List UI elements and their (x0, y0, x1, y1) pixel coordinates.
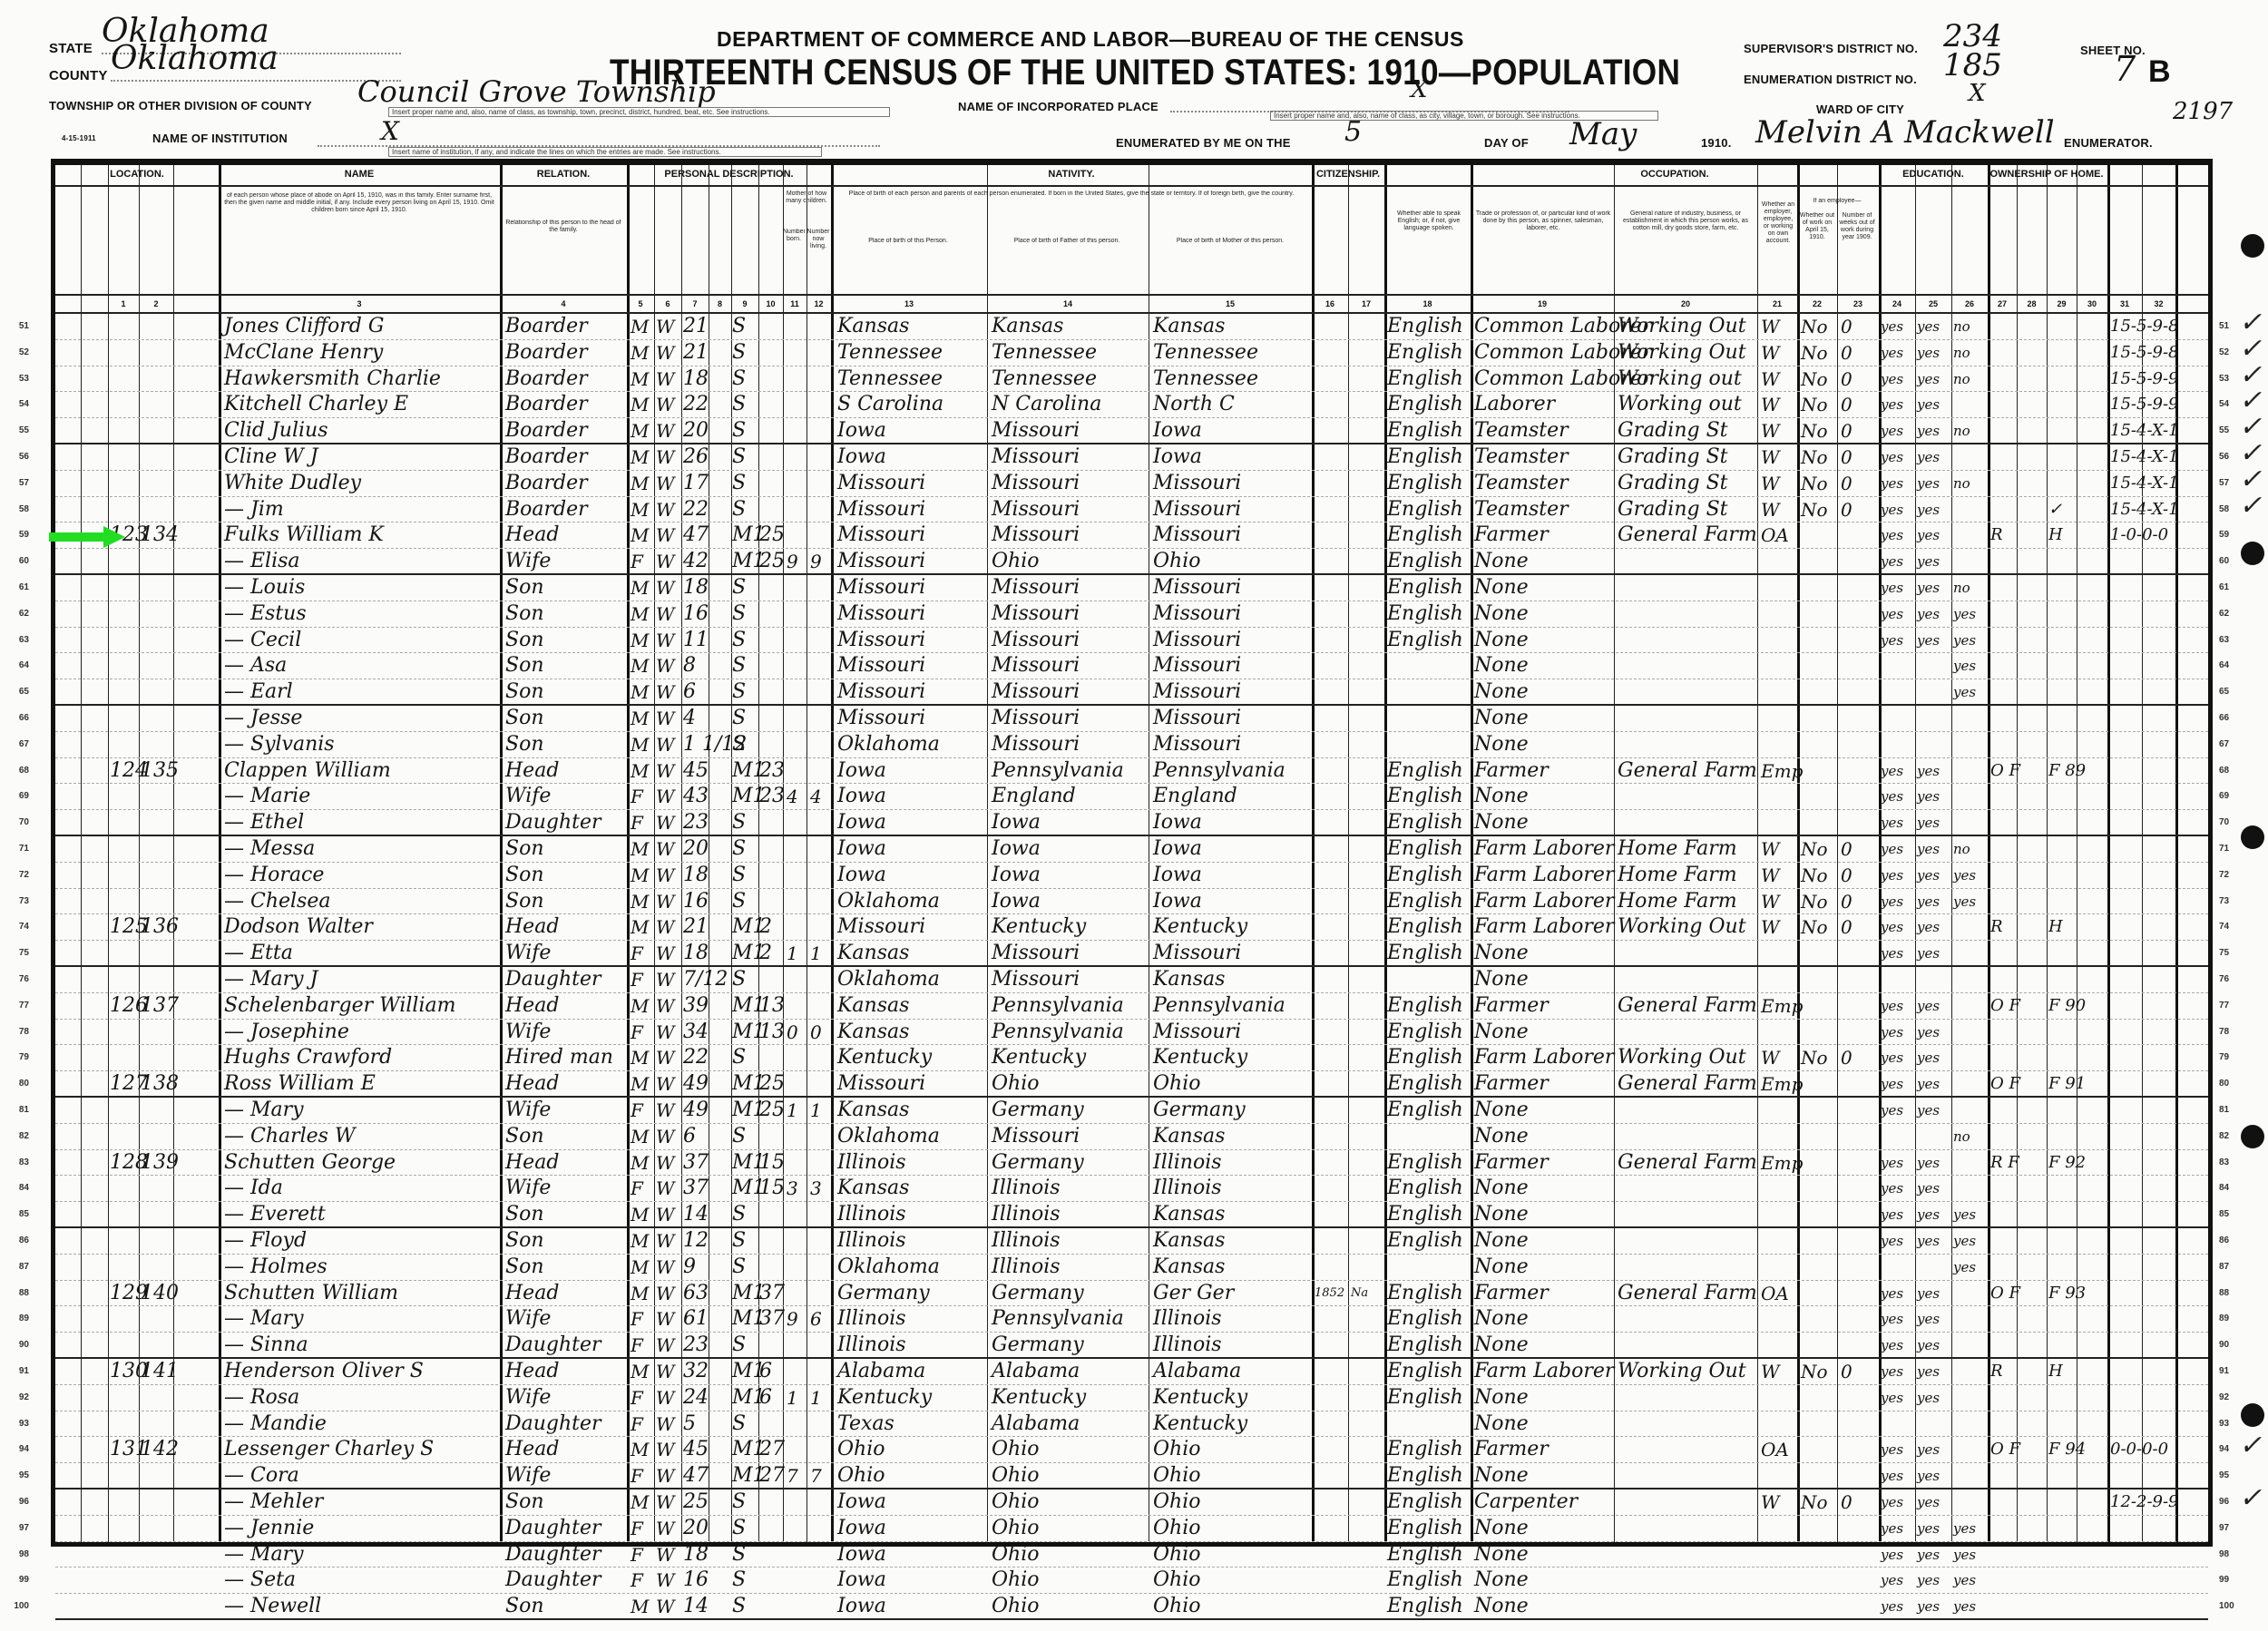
attended-school (1953, 1150, 1988, 1177)
occupation-code (2110, 1281, 2219, 1307)
column-number: 18 (1384, 299, 1471, 308)
age: 47 (683, 1463, 730, 1489)
can-write: yes (1917, 758, 1951, 785)
person-name: — Rosa (224, 1385, 501, 1411)
can-read: yes (1881, 993, 1915, 1020)
dwelling-number (110, 1202, 141, 1228)
language-spoken: English (1387, 601, 1471, 628)
industry (1618, 575, 1758, 601)
attended-school (1953, 1098, 1988, 1124)
age: 45 (683, 758, 730, 785)
line-number: 75 (4, 948, 29, 958)
out-of-work (1801, 758, 1837, 785)
industry: Grading St (1618, 418, 1758, 444)
naturalization (1351, 941, 1383, 967)
census-row-line-57: White DudleyBoarderMW17SMissouriMissouri… (55, 471, 2208, 497)
marital-status: S (732, 1516, 759, 1542)
home-owned-rented (1990, 1020, 2045, 1046)
dwelling-number (110, 1124, 141, 1150)
immigration-year (1315, 392, 1351, 418)
out-of-work (1801, 784, 1837, 810)
age: 32 (683, 1359, 730, 1385)
attended-school (1953, 1463, 1988, 1489)
weeks-out-of-work (1841, 1333, 1877, 1359)
relation: Wife (505, 941, 628, 967)
birthplace-person: Iowa (837, 784, 987, 810)
home-owned-rented: O F (1990, 1437, 2045, 1463)
occupation-code (2110, 1463, 2219, 1489)
industry (1618, 1228, 1758, 1255)
occupation-code (2110, 758, 2219, 785)
occupation-code (2110, 914, 2219, 941)
line-number: 77 (2219, 1001, 2244, 1011)
birthplace-father-header: Place of birth of Father of this person. (990, 238, 1144, 245)
relation: Son (505, 836, 628, 863)
children-living (810, 314, 830, 340)
children-born (787, 863, 807, 889)
naturalization (1351, 444, 1383, 471)
dwelling-number (110, 1594, 141, 1620)
language-spoken: English (1387, 836, 1471, 863)
employer-class (1761, 1411, 1797, 1438)
ward-label: Ward of city (1816, 103, 1904, 116)
line-number: 65 (2219, 687, 2244, 697)
column-number: 2 (139, 299, 173, 308)
naturalization (1351, 1359, 1383, 1385)
relation: Head (505, 523, 628, 549)
can-write: yes (1917, 993, 1951, 1020)
birthplace-person: Missouri (837, 497, 987, 523)
trade: None (1474, 810, 1615, 836)
years-married (759, 1516, 784, 1542)
farm-or-house (2048, 575, 2107, 601)
person-name: — Jesse (224, 706, 501, 732)
census-row-line-65: — EarlSonMW6SMissouriMissouriMissouriNon… (55, 679, 2208, 706)
person-name: Cline W J (224, 444, 501, 471)
sex: M (631, 1359, 656, 1385)
farm-or-house (2048, 1594, 2107, 1620)
line-number: 51 (4, 321, 29, 331)
census-row-line-90: — SinnaDaughterFW23SIllinoisGermanyIllin… (55, 1333, 2208, 1359)
line-number: 88 (2219, 1288, 2244, 1298)
marital-status: M1 (732, 1306, 759, 1333)
can-write (1917, 967, 1951, 993)
weeks-out-of-work (1841, 523, 1877, 549)
children-born (787, 1333, 807, 1359)
naturalization (1351, 1255, 1383, 1281)
immigration-year (1315, 1020, 1351, 1046)
can-write: yes (1917, 1385, 1951, 1411)
marital-status: S (732, 1255, 759, 1281)
birthplace-father: Pennsylvania (992, 1020, 1148, 1046)
children-born: 7 (787, 1463, 807, 1489)
can-write (1917, 706, 1951, 732)
can-read (1881, 732, 1915, 758)
line-number: 56 (4, 452, 29, 462)
attended-school: no (1953, 418, 1988, 444)
sex: M (631, 497, 656, 523)
language-spoken: English (1387, 314, 1471, 340)
attended-school: yes (1953, 628, 1988, 654)
birthplace-mother: Ohio (1153, 1071, 1312, 1098)
relation: Boarder (505, 392, 628, 418)
age: 14 (683, 1202, 730, 1228)
weeks-out-of-work (1841, 1411, 1877, 1438)
out-of-work (1801, 1020, 1837, 1046)
sheet-side: B (2148, 54, 2171, 90)
sheet-number: 7 (2114, 49, 2136, 89)
birthplace-person: Missouri (837, 471, 987, 497)
birthplace-person: Missouri (837, 601, 987, 628)
occupation-code (2110, 1045, 2219, 1071)
can-write: yes (1917, 1359, 1951, 1385)
can-read: yes (1881, 1071, 1915, 1098)
farm-or-house (2048, 1228, 2107, 1255)
sex: M (631, 1594, 656, 1620)
birthplace-person: Kansas (837, 1020, 987, 1046)
dwelling-number (110, 1255, 141, 1281)
race: W (656, 863, 681, 889)
relation: Son (505, 732, 628, 758)
marital-status: S (732, 575, 759, 601)
out-of-work: No (1801, 1045, 1837, 1071)
dwelling-number (110, 1411, 141, 1438)
attended-school (1953, 706, 1988, 732)
column-number: 15 (1149, 299, 1312, 308)
out-of-work: No (1801, 889, 1837, 915)
occupation-code (2110, 679, 2219, 706)
column-number: 32 (2142, 299, 2175, 308)
farm-or-house (2048, 1411, 2107, 1438)
race: W (656, 836, 681, 863)
naturalization (1351, 967, 1383, 993)
language-spoken: English (1387, 523, 1471, 549)
dwelling-number: 126 (110, 993, 141, 1020)
naturalization (1351, 1411, 1383, 1438)
industry: Grading St (1618, 497, 1758, 523)
immigration-year (1315, 1333, 1351, 1359)
age: 1 1/12 (683, 732, 730, 758)
naturalization (1351, 1150, 1383, 1177)
birthplace-mother: Missouri (1153, 1020, 1312, 1046)
birthplace-mother: Ohio (1153, 1463, 1312, 1489)
can-read: yes (1881, 575, 1915, 601)
marital-status: S (732, 1411, 759, 1438)
line-number: 91 (4, 1366, 29, 1376)
weeks-out-of-work (1841, 1124, 1877, 1150)
enumeration-district-value: 185 (1943, 47, 2002, 83)
supervisor-district-label: Supervisor's District No. (1744, 42, 1918, 55)
census-row-line-59: 123134Fulks William KHeadMW47M125Missour… (55, 523, 2208, 549)
dwelling-number (110, 628, 141, 654)
children-living (810, 497, 830, 523)
language-spoken (1387, 1411, 1471, 1438)
farm-or-house (2048, 340, 2107, 366)
home-owned-rented (1990, 1463, 2045, 1489)
birthplace-father: Missouri (992, 497, 1148, 523)
family-number (141, 889, 175, 915)
weeks-out-of-work (1841, 1098, 1877, 1124)
occupation-code (2110, 1071, 2219, 1098)
person-name: — Jim (224, 497, 501, 523)
home-owned-rented (1990, 1045, 2045, 1071)
out-of-work (1801, 993, 1837, 1020)
years-married (759, 889, 784, 915)
birthplace-mother: Ohio (1153, 1489, 1312, 1516)
birthplace-father: Ohio (992, 1463, 1148, 1489)
language-spoken (1387, 706, 1471, 732)
relation: Son (505, 601, 628, 628)
children-living (810, 732, 830, 758)
birthplace-father: N Carolina (992, 392, 1148, 418)
immigration-year (1315, 1594, 1351, 1620)
attended-school (1953, 732, 1988, 758)
children-born (787, 418, 807, 444)
relation: Wife (505, 784, 628, 810)
line-number: 72 (2219, 870, 2244, 880)
children-born (787, 1594, 807, 1620)
marital-status: S (732, 314, 759, 340)
attended-school (1953, 1020, 1988, 1046)
column-number: 1 (108, 299, 139, 308)
census-row-line-88: 129140Schutten WilliamHeadMW63M137German… (55, 1281, 2208, 1307)
home-owned-rented (1990, 1202, 2045, 1228)
can-read: yes (1881, 366, 1915, 393)
trade-header: Trade or profession of, or particular ki… (1475, 210, 1611, 232)
race: W (656, 1020, 681, 1046)
immigration-year (1315, 1359, 1351, 1385)
line-number: 86 (4, 1235, 29, 1245)
years-married: 25 (759, 523, 784, 549)
attended-school: no (1953, 575, 1988, 601)
age: 7/12 (683, 967, 730, 993)
age: 45 (683, 1437, 730, 1463)
dwelling-number (110, 784, 141, 810)
weeks-out-of-work (1841, 941, 1877, 967)
language-spoken: English (1387, 392, 1471, 418)
birthplace-mother: Illinois (1153, 1333, 1312, 1359)
naturalization (1351, 810, 1383, 836)
weeks-out-of-work: 0 (1841, 471, 1877, 497)
farm-or-house (2048, 392, 2107, 418)
attended-school: yes (1953, 863, 1988, 889)
race: W (656, 1124, 681, 1150)
weeks-out-of-work: 0 (1841, 863, 1877, 889)
attended-school (1953, 1359, 1988, 1385)
children-living (810, 1255, 830, 1281)
years-married (759, 653, 784, 679)
birthplace-person: Illinois (837, 1150, 987, 1177)
relation: Son (505, 1255, 628, 1281)
family-number (141, 967, 175, 993)
naturalization (1351, 1542, 1383, 1568)
years-married (759, 497, 784, 523)
dwelling-number (110, 418, 141, 444)
dwelling-number (110, 471, 141, 497)
birthplace-person: Illinois (837, 1202, 987, 1228)
occupation-code (2110, 628, 2219, 654)
race: W (656, 1306, 681, 1333)
person-name: — Mary J (224, 967, 501, 993)
language-header: Whether able to speak English; or, if no… (1389, 210, 1469, 232)
home-owned-rented (1990, 1098, 2045, 1124)
birthplace-father: Missouri (992, 653, 1148, 679)
employer-class (1761, 732, 1797, 758)
can-write: yes (1917, 1463, 1951, 1489)
incorporated-place-label: Name of incorporated place (958, 100, 1158, 113)
can-write: yes (1917, 1489, 1951, 1516)
occupation-code (2110, 1359, 2219, 1385)
line-number: 71 (2219, 844, 2244, 854)
trade: None (1474, 601, 1615, 628)
occupation-code (2110, 810, 2219, 836)
occupation-code: 12-2-9-9 (2110, 1489, 2219, 1516)
line-number: 69 (4, 791, 29, 801)
can-write: yes (1917, 1045, 1951, 1071)
marital-status: S (732, 1045, 759, 1071)
line-number: 67 (2219, 739, 2244, 749)
language-spoken: English (1387, 914, 1471, 941)
language-spoken (1387, 732, 1471, 758)
attended-school (1953, 1385, 1988, 1411)
attended-school (1953, 497, 1988, 523)
out-of-work: No (1801, 836, 1837, 863)
relation: Son (505, 679, 628, 706)
home-owned-rented (1990, 889, 2045, 915)
trade: None (1474, 1411, 1615, 1438)
trade: None (1474, 1202, 1615, 1228)
attended-school (1953, 993, 1988, 1020)
years-married: 2 (759, 941, 784, 967)
occupation-code: 0-0-0-0 (2110, 1437, 2219, 1463)
naturalization (1351, 392, 1383, 418)
punch-hole-icon (2241, 542, 2264, 565)
birthplace-person: Tennessee (837, 366, 987, 393)
years-married (759, 836, 784, 863)
relation: Head (505, 1437, 628, 1463)
can-read (1881, 1411, 1915, 1438)
weeks-out-of-work (1841, 993, 1877, 1020)
group-nativity: Nativity. (831, 169, 1312, 180)
weeks-out-of-work (1841, 628, 1877, 654)
employer-class: W (1761, 836, 1797, 863)
weeks-out-of-work (1841, 810, 1877, 836)
out-of-work: No (1801, 314, 1837, 340)
immigration-year (1315, 1516, 1351, 1542)
line-number: 92 (2219, 1392, 2244, 1402)
immigration-year (1315, 679, 1351, 706)
sex: F (631, 1463, 656, 1489)
industry (1618, 1176, 1758, 1202)
trade: None (1474, 1020, 1615, 1046)
industry (1618, 679, 1758, 706)
column-number: 11 (783, 299, 807, 308)
birthplace-father: Iowa (992, 863, 1148, 889)
family-number (141, 653, 175, 679)
can-write: yes (1917, 1306, 1951, 1333)
enumerated-month: May (1569, 116, 1637, 152)
age: 23 (683, 1333, 730, 1359)
family-number (141, 1411, 175, 1438)
weeks-out-of-work (1841, 1306, 1877, 1333)
relation: Son (505, 1124, 628, 1150)
birthplace-father: Illinois (992, 1176, 1148, 1202)
children-living: 9 (810, 549, 830, 575)
race: W (656, 1594, 681, 1620)
can-write (1917, 1411, 1951, 1438)
children-born (787, 601, 807, 628)
children-living (810, 1045, 830, 1071)
marital-status: S (732, 418, 759, 444)
out-of-work (1801, 601, 1837, 628)
trade: Farmer (1474, 1281, 1615, 1307)
dwelling-number (110, 1333, 141, 1359)
marital-status: S (732, 810, 759, 836)
person-name: — Seta (224, 1568, 501, 1594)
naturalization (1351, 1333, 1383, 1359)
farm-or-house (2048, 1202, 2107, 1228)
immigration-year (1315, 497, 1351, 523)
farm-or-house (2048, 732, 2107, 758)
out-of-work: No (1801, 366, 1837, 393)
relation: Boarder (505, 314, 628, 340)
home-owned-rented: O F (1990, 993, 2045, 1020)
can-write: yes (1917, 549, 1951, 575)
children-born (787, 523, 807, 549)
trade: None (1474, 732, 1615, 758)
birthplace-father: Missouri (992, 706, 1148, 732)
enumerated-day: 5 (1344, 116, 1362, 148)
industry (1618, 1542, 1758, 1568)
children-living (810, 1542, 830, 1568)
can-write: yes (1917, 1202, 1951, 1228)
age: 20 (683, 418, 730, 444)
industry (1618, 1594, 1758, 1620)
sex: M (631, 993, 656, 1020)
sex: F (631, 967, 656, 993)
years-married: 25 (759, 1071, 784, 1098)
home-owned-rented (1990, 1255, 2045, 1281)
race: W (656, 471, 681, 497)
weeks-out-of-work (1841, 1150, 1877, 1177)
can-write: yes (1917, 418, 1951, 444)
institution-value: X (381, 116, 399, 146)
trade: None (1474, 575, 1615, 601)
enumerated-year: 1910. (1701, 136, 1732, 150)
can-write: yes (1917, 497, 1951, 523)
birthplace-person: Missouri (837, 549, 987, 575)
attended-school: yes (1953, 1568, 1988, 1594)
census-row-line-74: 125136Dodson WalterHeadMW21M12MissouriKe… (55, 914, 2208, 941)
trade: None (1474, 549, 1615, 575)
years-married: 15 (759, 1150, 784, 1177)
occupation-code: 15-4-X-1 (2110, 418, 2219, 444)
trade: Farm Laborer (1474, 889, 1615, 915)
dwelling-number (110, 575, 141, 601)
sex: M (631, 679, 656, 706)
line-number: 77 (4, 1001, 29, 1011)
trade: None (1474, 1333, 1615, 1359)
birthplace-mother: Kentucky (1153, 914, 1312, 941)
person-name: — Elisa (224, 549, 501, 575)
sex: F (631, 1176, 656, 1202)
birthplace-person: Iowa (837, 810, 987, 836)
can-read: yes (1881, 1150, 1915, 1177)
can-read: yes (1881, 810, 1915, 836)
language-spoken: English (1387, 810, 1471, 836)
person-name: — Jennie (224, 1516, 501, 1542)
sex: M (631, 1124, 656, 1150)
